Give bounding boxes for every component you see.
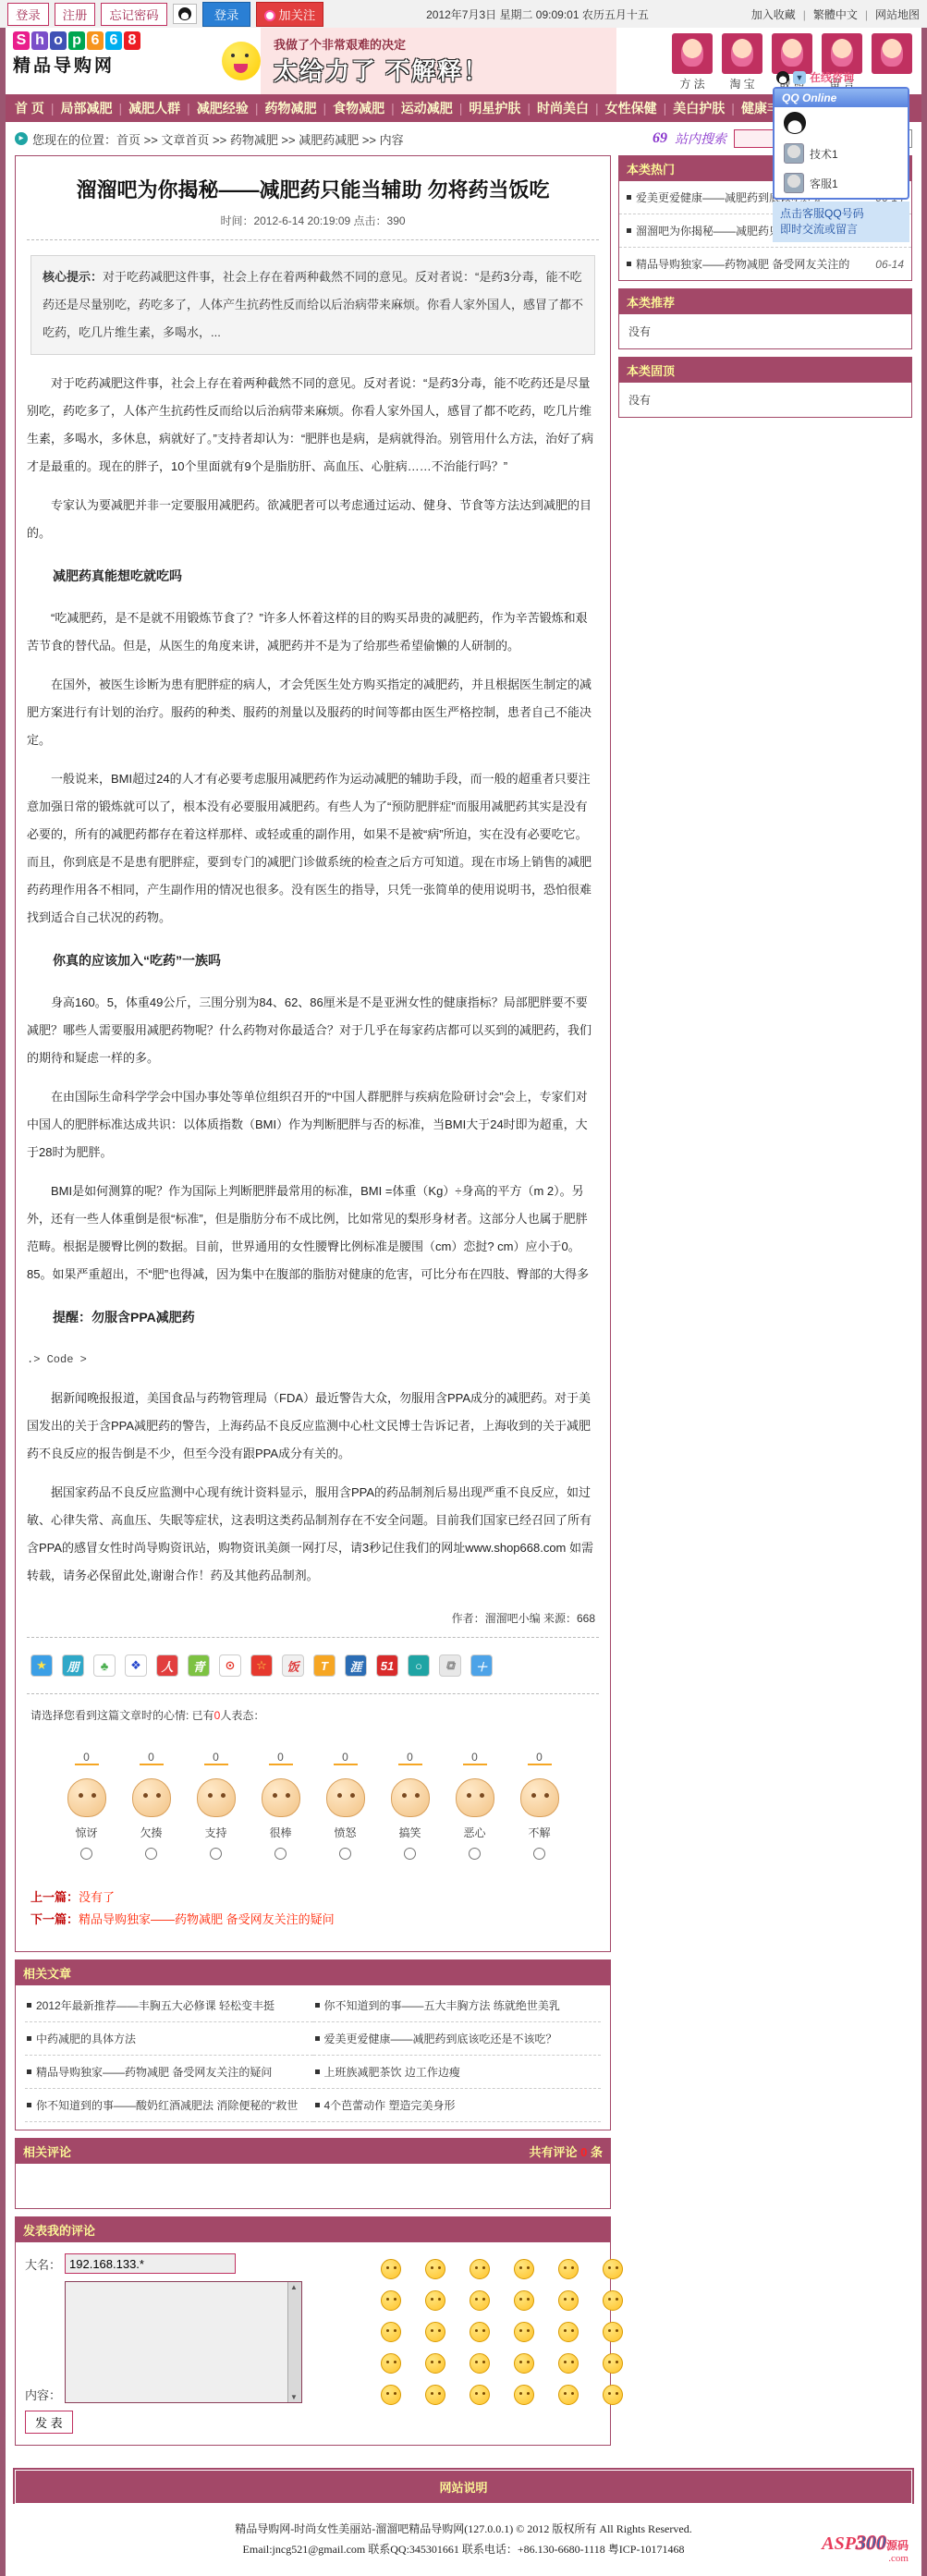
nav-item[interactable]: 局部减肥 (61, 101, 129, 116)
emoticon-icon[interactable] (381, 2385, 401, 2405)
mood-count: 0 (269, 1751, 293, 1765)
mood-prompt: 请选择您看到这篇文章时的心情: 已有0人表态： (27, 1694, 599, 1727)
article-title: 溜溜吧为你揭秘——减肥药只能当辅助 勿将药当饭吃 (27, 156, 599, 213)
nav-item[interactable]: 运动减肥 (401, 101, 470, 116)
mood-count: 0 (204, 1751, 228, 1765)
bullet-icon (27, 2069, 31, 2074)
related-articles-header: 相关文章 (16, 1960, 610, 1985)
mood-label: 搞笑 (388, 1825, 433, 1840)
mood-label: 恶心 (453, 1825, 497, 1840)
nav-item[interactable]: 女性保健 (605, 101, 674, 116)
article-paragraph: .> Code > (27, 1346, 599, 1373)
article-paragraph: 据国家药品不良反应监测中心现有统计资料显示，服用含PPA的药品制剂后易出现严重不… (27, 1479, 599, 1590)
mood-label: 愤怒 (323, 1825, 368, 1840)
emoticon-icon[interactable] (514, 2385, 534, 2405)
share-icon-glyph: ⧉ (445, 1658, 454, 1673)
article-paragraph: 一般说来，BMI超过24的人才有必要考虑服用减肥药作为运动减肥的辅助手段，而一般… (27, 765, 599, 932)
nav-item[interactable]: 食物减肥 (333, 101, 401, 116)
related-article-link[interactable]: 爱美更爱健康——减肥药到底该吃还是不该吃？ (313, 2022, 602, 2056)
post-comment-header: 发表我的评论 (16, 2217, 610, 2242)
logo-letter: o (50, 31, 67, 50)
banner-big-text: 太给力了 不解释！ (274, 53, 616, 87)
avatar-link[interactable]: 方 法 (672, 33, 713, 92)
share-icon[interactable]: ★ (30, 1654, 53, 1677)
nav-item[interactable]: 药物减肥 (264, 101, 333, 116)
mood-count: 0 (75, 1751, 99, 1765)
article-meta: 时间：2012-6-14 20:19:09 点击：390 (27, 213, 599, 240)
mood-cell: 0 愤怒 (323, 1751, 368, 1862)
topbar-links: 加入收藏繁體中文网站地图 (751, 6, 920, 22)
mood-cell: 0 支持 (194, 1751, 238, 1862)
mood-cell: 0 欠揍 (129, 1751, 174, 1862)
logo-letter: S (13, 31, 30, 50)
mood-cell: 0 很棒 (259, 1751, 303, 1862)
related-articles-box: 相关文章 2012年最新推荐——丰胸五大必修课 轻松变丰挺你不知道到的事——五大… (15, 1959, 611, 2130)
related-article-link[interactable]: 你不知道到的事——五大丰胸方法 练就绝世美乳 (313, 1989, 602, 2022)
footer: 精品导购网-时尚女性美丽站-溜溜吧精品导购网(127.0.0.1) © 2012… (6, 2504, 921, 2576)
nav-item[interactable]: 时尚美白 (537, 101, 605, 116)
related-article-link[interactable]: 上班族减肥茶饮 边工作边瘦 (313, 2056, 602, 2089)
comments-count: 共有评论 0 条 (529, 2143, 603, 2160)
bullet-icon (315, 2036, 320, 2041)
mood-radio[interactable] (274, 1848, 287, 1860)
article-box: 溜溜吧为你揭秘——减肥药只能当辅助 勿将药当饭吃 时间：2012-6-14 20… (15, 155, 611, 1952)
mood-cell: 0 惊讶 (65, 1751, 109, 1862)
nav-item[interactable]: 首 页 (15, 101, 61, 116)
emoticon-icon[interactable] (558, 2322, 579, 2342)
share-icon-glyph: ♣ (101, 1659, 109, 1673)
share-icon-glyph: ⊙ (226, 1658, 236, 1673)
logo-letter: 8 (124, 31, 140, 50)
mood-count: 0 (463, 1751, 487, 1765)
pinned-header: 本类固顶 (619, 358, 911, 383)
mood-label: 不解 (518, 1825, 562, 1840)
emoticon-icon[interactable] (603, 2353, 623, 2374)
page: ▸ 您现在的位置：首页 >> 文章首页 >> 药物减肥 >> 减肥药减肥 >> … (6, 122, 921, 2576)
qq-login-button[interactable]: 登录 (202, 2, 251, 27)
next-article-link[interactable]: 精品导购独家——药物减肥 备受网友关注的疑问 (79, 1912, 335, 1926)
name-label: 大名： (25, 2255, 61, 2273)
hot-article-date: 06-14 (875, 258, 904, 271)
emoticon-icon[interactable] (603, 2290, 623, 2311)
nav-item[interactable]: 减肥人群 (128, 101, 197, 116)
bullet-icon (627, 228, 631, 233)
mood-label: 欠揍 (129, 1825, 174, 1840)
emoticon-grid (344, 2253, 627, 2434)
emoticon-icon[interactable] (470, 2385, 490, 2405)
qq-contact[interactable]: 技术1 (775, 139, 908, 168)
register-button[interactable]: 注册 (55, 3, 96, 26)
emoticon-icon[interactable] (470, 2290, 490, 2311)
hot-article-link[interactable]: 精品导购独家——药物减肥 备受网友关注的 (636, 256, 870, 272)
mood-radio[interactable] (469, 1848, 481, 1860)
emoticon-icon[interactable] (425, 2322, 445, 2342)
submit-comment-button[interactable]: 发 表 (25, 2411, 73, 2434)
bullet-icon (315, 2103, 320, 2107)
mood-label: 支持 (194, 1825, 238, 1840)
article-paragraph: 在国外，被医生诊断为患有肥胖症的病人，才会凭医生处方购买指定的减肥药，并且根据医… (27, 671, 599, 754)
related-article-link[interactable]: 精品导购独家——药物减肥 备受网友关注的疑问 (25, 2056, 313, 2089)
search-logo: 69 (653, 130, 667, 147)
logo-subtitle: 精品导购网 (13, 52, 211, 77)
contact-avatar (784, 143, 804, 164)
mood-face-icon (262, 1778, 300, 1817)
article-paragraph: 对于吃药减肥这件事，社会上存在着两种截然不同的意见。反对者说：“是药3分毒，能不… (27, 370, 599, 481)
emoticon-icon[interactable] (425, 2290, 445, 2311)
article-paragraph: “吃减肥药，是不是就不用锻炼节食了？”许多人怀着这样的目的购买昂贵的减肥药，作为… (27, 604, 599, 660)
pinned-box: 本类固顶 没有 (618, 357, 912, 418)
search-label: 站内搜索 (675, 129, 726, 148)
next-label: 下一篇： (30, 1912, 79, 1926)
bullet-icon (27, 2103, 31, 2107)
recommended-box: 本类推荐 没有 (618, 288, 912, 349)
commenter-name-input[interactable] (65, 2253, 236, 2274)
share-icon-glyph: ☆ (256, 1658, 267, 1673)
emoticon-icon[interactable] (514, 2353, 534, 2374)
share-icon-glyph: ＋ (475, 1657, 487, 1675)
comment-textarea[interactable] (66, 2282, 301, 2402)
article-paragraph: 你真的应该加入“吃药”一族吗 (27, 946, 599, 974)
forgot-password-button[interactable]: 忘记密码 (101, 3, 166, 26)
logo-letter: 6 (105, 31, 122, 50)
ad-banner[interactable]: 我做了个非常艰难的决定 太给力了 不解释！ (261, 28, 616, 94)
site-note-bar: 网站说明 (15, 2470, 912, 2504)
emoticon-icon[interactable] (558, 2353, 579, 2374)
avatar-link[interactable]: 淘 宝 (722, 33, 762, 92)
share-icon-glyph: 朋 (67, 1657, 79, 1675)
emoticon-icon[interactable] (514, 2322, 534, 2342)
emoticon-icon[interactable] (558, 2259, 579, 2279)
share-icon-glyph: 人 (161, 1657, 173, 1675)
share-icon-glyph: 青 (192, 1657, 204, 1675)
share-bar: ★朋♣❖人青⊙☆饭T涯51○⧉＋ (27, 1638, 599, 1694)
contact-name: 客服1 (810, 176, 838, 191)
article-paragraph: 专家认为要减肥并非一定要服用减肥药。欲减肥者可以考虑通过运动、健身、节食等方法达… (27, 492, 599, 547)
qq-icon (173, 4, 197, 24)
content-label: 内容： (25, 2386, 61, 2403)
topbar-link[interactable]: 加入收藏 (751, 6, 813, 22)
bullet-icon (315, 2003, 320, 2008)
article-paragraph: 身高160。5，体重49公斤，三围分别为84、62、86厘米是不是亚洲女性的健康… (27, 989, 599, 1072)
share-icon[interactable]: 饭 (282, 1654, 304, 1677)
datetime-text: 2012年7月3日 星期二 09:09:01 农历五月十五 (329, 6, 745, 22)
emoticon-icon[interactable] (558, 2385, 579, 2405)
bullet-icon (27, 2003, 31, 2008)
avatar (672, 33, 713, 74)
share-icon[interactable]: 人 (156, 1654, 178, 1677)
mood-count: 0 (334, 1751, 358, 1765)
mood-face-icon (391, 1778, 430, 1817)
asp300-logo[interactable]: ASP300源码 .com (822, 2536, 909, 2565)
mood-radio[interactable] (533, 1848, 545, 1860)
share-icon[interactable]: ＋ (470, 1654, 493, 1677)
mood-radio[interactable] (339, 1848, 351, 1860)
mood-count: 0 (528, 1751, 552, 1765)
mood-radio[interactable] (404, 1848, 416, 1860)
textarea-scrollbar[interactable] (287, 2282, 301, 2402)
footer-contact: Email:jncg521@gmail.com 联系QQ:345301661 联… (6, 2539, 921, 2559)
logo-letter: 6 (87, 31, 104, 50)
prev-label: 上一篇： (30, 1890, 79, 1904)
emoticon-icon[interactable] (514, 2259, 534, 2279)
qq-contact[interactable]: 客服1 (775, 168, 908, 198)
share-icon[interactable]: ❖ (125, 1654, 147, 1677)
share-icon[interactable]: T (313, 1654, 335, 1677)
emoticon-icon[interactable] (470, 2353, 490, 2374)
core-tip-label: 核心提示： (43, 270, 103, 284)
mood-face-icon (456, 1778, 494, 1817)
bullet-icon (627, 262, 631, 266)
mood-label: 很棒 (259, 1825, 303, 1840)
bullet-icon (315, 2069, 320, 2074)
comments-empty-area (16, 2164, 610, 2208)
article-paragraph: 据新闻晚报报道，美国食品与药物管理局（FDA）最近警告大众，勿服用含PPA成分的… (27, 1385, 599, 1468)
article-paragraph: BMI是如何测算的呢？作为国际上判断肥胖最常用的标准，BMI =体重（Kg）÷身… (27, 1178, 599, 1288)
emoticon-icon[interactable] (603, 2322, 623, 2342)
qq-note: 点击客服QQ号码 即时交流或留言 (773, 201, 909, 242)
mood-cell: 0 搞笑 (388, 1751, 433, 1862)
nav-item[interactable]: 明星护肤 (469, 101, 537, 116)
contact-name: 技术1 (810, 146, 838, 162)
emoticon-icon[interactable] (470, 2322, 490, 2342)
related-article-link[interactable]: 4个芭蕾动作 塑造完美身形 (313, 2089, 602, 2122)
emoticon-icon[interactable] (470, 2259, 490, 2279)
avatar (722, 33, 762, 74)
mood-radio[interactable] (210, 1848, 222, 1860)
mood-radio[interactable] (145, 1848, 157, 1860)
avatar-label: 淘 宝 (729, 78, 754, 91)
emoticon-icon[interactable] (425, 2259, 445, 2279)
emoticon-icon[interactable] (381, 2259, 401, 2279)
mood-face-icon (326, 1778, 365, 1817)
comments-box: 相关评论 共有评论 0 条 (15, 2138, 611, 2209)
emoticon-icon[interactable] (514, 2290, 534, 2311)
core-tip-text: 对于吃药减肥这件事，社会上存在着两种截然不同的意见。反对者说：“是药3分毒，能不… (43, 270, 583, 339)
prev-next: 上一篇：没有了 下一篇：精品导购独家——药物减肥 备受网友关注的疑问 (27, 1872, 599, 1942)
qq-penguin-icon (776, 71, 789, 84)
emoticon-icon[interactable] (425, 2353, 445, 2374)
avatar-label: 方 法 (679, 78, 704, 91)
pinned-empty: 没有 (619, 383, 911, 417)
qq-online-float: ▼ 在线咨询 QQ Online 技术1 (773, 67, 909, 242)
share-icon[interactable]: ⊙ (219, 1654, 241, 1677)
article-paragraph: 减肥药真能想吃就吃吗 (27, 562, 599, 590)
contact-avatar (784, 173, 804, 193)
qq-consult-tab[interactable]: ▼ 在线咨询 (773, 67, 909, 87)
mood-cell: 0 恶心 (453, 1751, 497, 1862)
weibo-icon (264, 10, 275, 21)
mood-face-icon (520, 1778, 559, 1817)
qq-contact-list: 技术1 客服1 (775, 139, 908, 198)
share-icon[interactable]: 涯 (345, 1654, 367, 1677)
bullet-icon (627, 195, 631, 200)
topbar-link[interactable]: 网站地图 (875, 6, 920, 22)
top-bar: 登录 注册 忘记密码 登录 加关注 2012年7月3日 星期二 09:09:01… (0, 0, 927, 28)
recommended-header: 本类推荐 (619, 289, 911, 314)
related-articles-list: 2012年最新推荐——丰胸五大必修课 轻松变丰挺你不知道到的事——五大丰胸方法 … (16, 1985, 610, 2130)
smiley-icon (222, 42, 261, 80)
weibo-follow-button[interactable]: 加关注 (256, 2, 323, 27)
mood-vote-grid: 0 惊讶 0 欠揍 (27, 1727, 599, 1872)
login-button[interactable]: 登录 (7, 3, 49, 26)
article-body: 对于吃药减肥这件事，社会上存在着两种截然不同的意见。反对者说：“是药3分毒，能不… (27, 370, 599, 1590)
nav-item[interactable]: 减肥经验 (197, 101, 265, 116)
breadcrumb[interactable]: 您现在的位置：首页 >> 文章首页 >> 药物减肥 >> 减肥药减肥 >> 内容 (32, 130, 404, 148)
mood-radio[interactable] (80, 1848, 92, 1860)
share-icon-glyph: 饭 (287, 1657, 299, 1675)
share-icon-glyph: T (321, 1659, 328, 1673)
emoticon-icon[interactable] (381, 2353, 401, 2374)
comments-header: 相关评论 共有评论 0 条 (16, 2139, 610, 2164)
banner-small-text: 我做了个非常艰难的决定 (274, 35, 616, 53)
share-icon[interactable]: ⧉ (439, 1654, 461, 1677)
recommended-empty: 没有 (619, 314, 911, 348)
share-icon[interactable]: 51 (376, 1654, 398, 1677)
share-icon-glyph: ○ (415, 1659, 422, 1673)
share-icon-glyph: 51 (381, 1659, 394, 1673)
article-author: 作者：溜溜吧小编 来源：668 (27, 1601, 599, 1638)
emoticon-icon[interactable] (381, 2290, 401, 2311)
share-icon[interactable]: ♣ (93, 1654, 116, 1677)
logo-text: Shop668 (13, 31, 211, 50)
related-article-link[interactable]: 你不知道到的事——酸奶红酒减肥法 消除便秘的“救世 (25, 2089, 313, 2122)
qq-panel-title: QQ Online (775, 89, 908, 107)
mood-count: 0 (140, 1751, 164, 1765)
breadcrumb-icon: ▸ (15, 132, 28, 145)
site-logo[interactable]: Shop668 精品导购网 (6, 28, 261, 94)
footer-copyright: 精品导购网-时尚女性美丽站-溜溜吧精品导购网(127.0.0.1) © 2012… (6, 2519, 921, 2539)
mood-face-icon (67, 1778, 106, 1817)
emoticon-icon[interactable] (603, 2259, 623, 2279)
logo-letter: h (31, 31, 48, 50)
prev-article: 没有了 (79, 1890, 115, 1904)
core-tip: 核心提示：对于吃药减肥这件事，社会上存在着两种截然不同的意见。反对者说：“是药3… (30, 255, 595, 355)
mood-cell: 0 不解 (518, 1751, 562, 1862)
share-icon[interactable]: 青 (188, 1654, 210, 1677)
logo-letter: p (68, 31, 85, 50)
bullet-icon (27, 2036, 31, 2041)
topbar-link[interactable]: 繁體中文 (813, 6, 875, 22)
share-icon-glyph: ★ (36, 1658, 47, 1673)
qq-penguin-icon (784, 112, 806, 134)
emoticon-icon[interactable] (558, 2290, 579, 2311)
share-icon[interactable]: 朋 (62, 1654, 84, 1677)
emoticon-icon[interactable] (381, 2322, 401, 2342)
hot-article-item: 精品导购独家——药物减肥 备受网友关注的 06-14 (619, 248, 911, 280)
share-icon[interactable]: ○ (408, 1654, 430, 1677)
hot-articles-box: 本类热门 爱美更爱健康——减肥药到底该吃还是 06-14 溜溜吧为你揭秘——减肥… (618, 155, 912, 281)
mood-face-icon (197, 1778, 236, 1817)
share-icon-glyph: 涯 (349, 1657, 361, 1675)
related-article-link[interactable]: 中药减肥的具体方法 (25, 2022, 313, 2056)
post-comment-box: 发表我的评论 大名： 内容： (15, 2216, 611, 2446)
share-icon-glyph: ❖ (130, 1658, 141, 1673)
mood-label: 惊讶 (65, 1825, 109, 1840)
share-icon[interactable]: ☆ (250, 1654, 273, 1677)
article-paragraph: 在由国际生命科学学会中国办事处等单位组织召开的“中国人群肥胖与疾病危险研讨会”会… (27, 1083, 599, 1166)
chevron-down-icon: ▼ (793, 71, 806, 84)
article-paragraph: 提醒：勿服含PPA减肥药 (27, 1303, 599, 1331)
mood-count: 0 (398, 1751, 422, 1765)
emoticon-icon[interactable] (603, 2385, 623, 2405)
mood-face-icon (132, 1778, 171, 1817)
nav-item[interactable]: 美白护肤 (673, 101, 741, 116)
related-article-link[interactable]: 2012年最新推荐——丰胸五大必修课 轻松变丰挺 (25, 1989, 313, 2022)
emoticon-icon[interactable] (425, 2385, 445, 2405)
